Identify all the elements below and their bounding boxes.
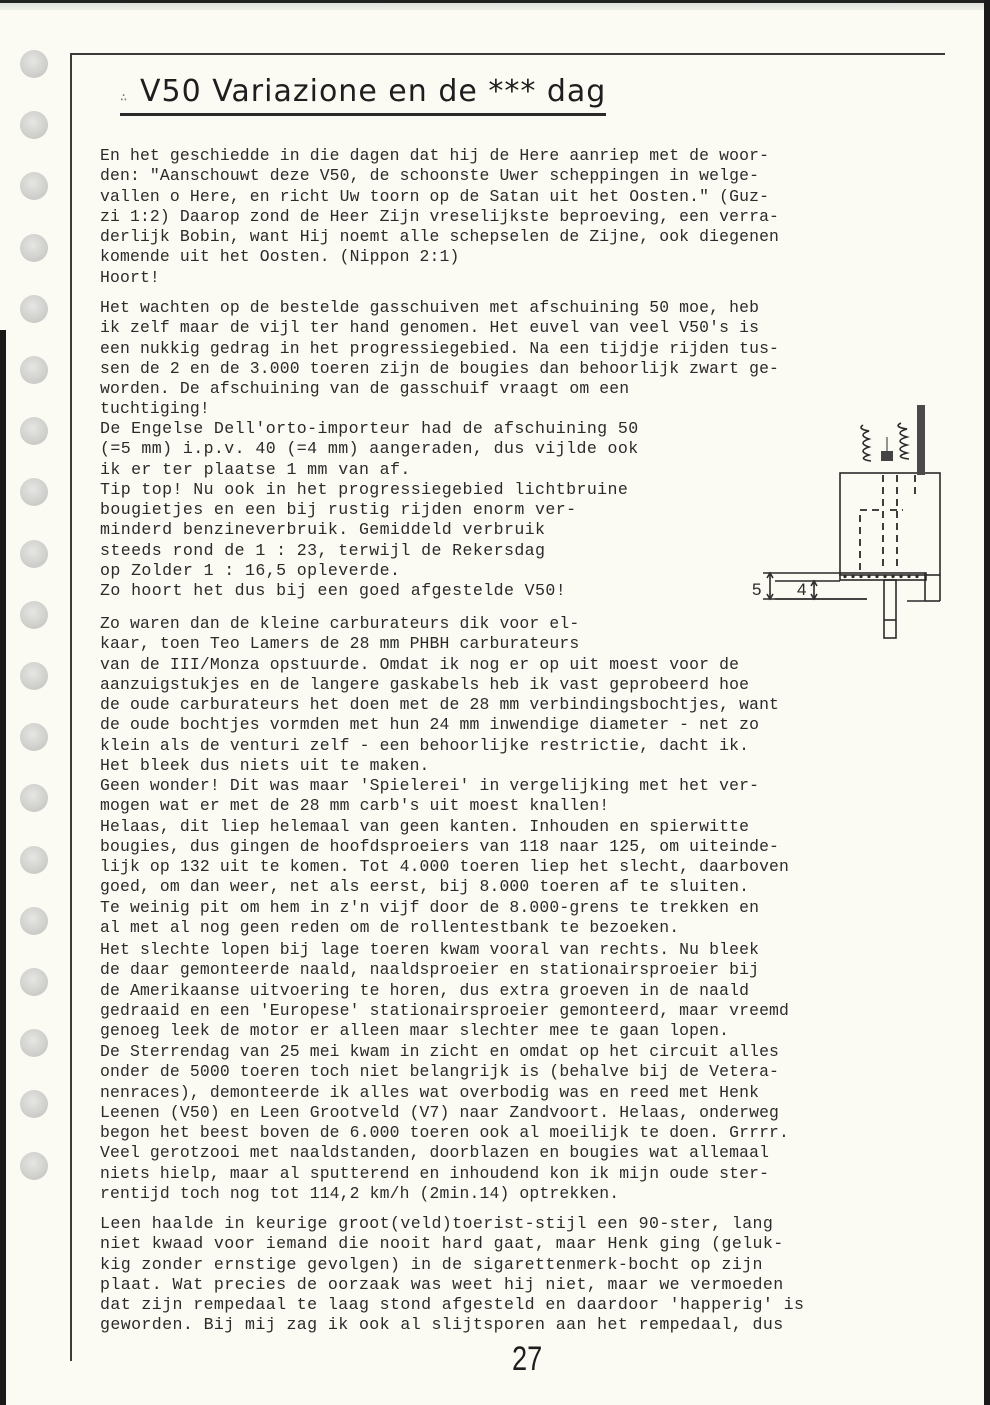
paragraph-geen-wonder: Geen wonder! Dit was maar 'Spielerei' in… <box>100 776 970 938</box>
binder-hole <box>20 846 48 874</box>
text-line: de oude carburateurs het doen met de 28 … <box>100 695 970 715</box>
frame-left-rule <box>70 53 72 1361</box>
article-title: ∴ V50 Variazione en de *** dag <box>120 74 606 122</box>
text-line: zi 1:2) Daarop zond de Heer Zijn vreseli… <box>100 207 970 227</box>
carburettor-diagram: 5 4 <box>735 395 965 645</box>
text-line: Hoort! <box>100 268 970 288</box>
binder-hole <box>20 172 48 200</box>
binder-hole <box>20 907 48 935</box>
text-line: Geen wonder! Dit was maar 'Spielerei' in… <box>100 776 970 796</box>
text-line: De Sterrendag van 25 mei kwam in zicht e… <box>100 1042 970 1062</box>
text-line: goed, om dan weer, net als eerst, bij 8.… <box>100 877 970 897</box>
binder-hole <box>20 662 48 690</box>
text-line: Helaas, dit liep helemaal van geen kante… <box>100 817 970 837</box>
text-line: bougies, dus gingen de hoofdsproeiers va… <box>100 837 970 857</box>
text-line: nenraces), demonteerde ik alles wat over… <box>100 1083 970 1103</box>
guide-rod <box>917 405 925 475</box>
dim-label-5: 5 <box>752 580 761 599</box>
text-line: Leenen (V50) en Leen Grootveld (V7) naar… <box>100 1103 970 1123</box>
binder-hole <box>20 968 48 996</box>
text-line: de oude bochtjes vormden met hun 24 mm i… <box>100 715 970 735</box>
text-line: van de III/Monza opstuurde. Omdat ik nog… <box>100 655 970 675</box>
slide-body <box>840 473 940 575</box>
text-line: een nukkig gedrag in het progressiegebie… <box>100 339 970 359</box>
text-line: genoeg leek de motor er alleen maar slec… <box>100 1021 970 1041</box>
text-line: lijk op 132 uit te komen. Tot 4.000 toer… <box>100 857 970 877</box>
page-title: V50 Variazione en de *** dag <box>120 74 606 116</box>
text-line: gedraaid en een 'Europese' stationairspr… <box>100 1001 970 1021</box>
frame-top-rule <box>70 53 945 55</box>
text-line: ik zelf maar de vijl ter hand genomen. H… <box>100 318 970 338</box>
paragraph-intro: En het geschiedde in die dagen dat hij d… <box>100 146 970 288</box>
text-line: En het geschiedde in die dagen dat hij d… <box>100 146 970 166</box>
text-line: begon het beest boven de 6.000 toeren oo… <box>100 1123 970 1143</box>
binder-hole <box>20 540 48 568</box>
text-line: al met al nog geen reden om de rollentes… <box>100 918 970 938</box>
text-line: komende uit het Oosten. (Nippon 2:1) <box>100 247 970 267</box>
spring-right <box>898 423 909 459</box>
title-bullet: ∴ <box>120 90 127 105</box>
text-line: geworden. Bij mij zag ik ook al slijtspo… <box>100 1315 970 1335</box>
binder-hole <box>20 234 48 262</box>
text-line: kig zonder ernstige gevolgen) in de siga… <box>100 1255 970 1275</box>
binder-hole <box>20 50 48 78</box>
text-line: aanzuigstukjes en de langere gaskabels h… <box>100 675 970 695</box>
scan-left-edge <box>0 330 6 1405</box>
binder-hole <box>20 784 48 812</box>
text-line: sen de 2 en de 3.000 toeren zijn de boug… <box>100 359 970 379</box>
scan-top-edge <box>0 0 990 3</box>
paragraph-sterrendag: De Sterrendag van 25 mei kwam in zicht e… <box>100 1042 970 1204</box>
paragraph-leen: Leen haalde in keurige groot(veld)toeris… <box>100 1214 970 1336</box>
text-line: dat zijn rempedaal te laag stond afgeste… <box>100 1295 970 1315</box>
binder-holes <box>20 0 60 1405</box>
text-line: de daar gemonteerde naald, naaldsproeier… <box>100 960 970 980</box>
binder-hole <box>20 111 48 139</box>
binder-hole <box>20 478 48 506</box>
binder-hole <box>20 295 48 323</box>
binder-hole <box>20 1152 48 1180</box>
text-line: niets hielp, maar al sputterend en inhou… <box>100 1164 970 1184</box>
text-line: de Amerikaanse uitvoering te horen, dus … <box>100 981 970 1001</box>
spring-left <box>861 425 871 461</box>
text-line: onder de 5000 toeren toch niet belangrij… <box>100 1062 970 1082</box>
text-line: rentijd toch nog tot 114,2 km/h (2min.14… <box>100 1184 970 1204</box>
text-line: Het wachten op de bestelde gasschuiven m… <box>100 298 970 318</box>
text-line: den: "Aanschouwt deze V50, de schoonste … <box>100 166 970 186</box>
dim-label-4: 4 <box>797 580 806 599</box>
text-line: Het bleek dus niets uit te maken. <box>100 756 970 776</box>
text-line: Het slechte lopen bij lage toeren kwam v… <box>100 940 970 960</box>
binder-hole <box>20 417 48 445</box>
text-line: Leen haalde in keurige groot(veld)toeris… <box>100 1214 970 1234</box>
binder-hole <box>20 1029 48 1057</box>
text-line: Te weinig pit om hem in z'n vijf door de… <box>100 898 970 918</box>
binder-hole <box>20 356 48 384</box>
binder-hole <box>20 723 48 751</box>
text-line: vallen o Here, en richt Uw toorn op de S… <box>100 187 970 207</box>
binder-hole <box>20 1090 48 1118</box>
page-number: 27 <box>512 1340 542 1379</box>
text-line: Veel gerotzooi met naaldstanden, doorbla… <box>100 1143 970 1163</box>
text-line: derlijk Bobin, want Hij noemt alle schep… <box>100 227 970 247</box>
text-line: niet kwaad voor iemand die nooit hard ga… <box>100 1234 970 1254</box>
scan-right-edge <box>984 0 990 1405</box>
paragraph-slechte-lopen: Het slechte lopen bij lage toeren kwam v… <box>100 940 970 1041</box>
binder-hole <box>20 601 48 629</box>
text-line: klein als de venturi zelf - een behoorli… <box>100 736 970 756</box>
text-line: mogen wat er met de 28 mm carb's uit moe… <box>100 796 970 816</box>
text-line: plaat. Wat precies de oorzaak was weet h… <box>100 1275 970 1295</box>
